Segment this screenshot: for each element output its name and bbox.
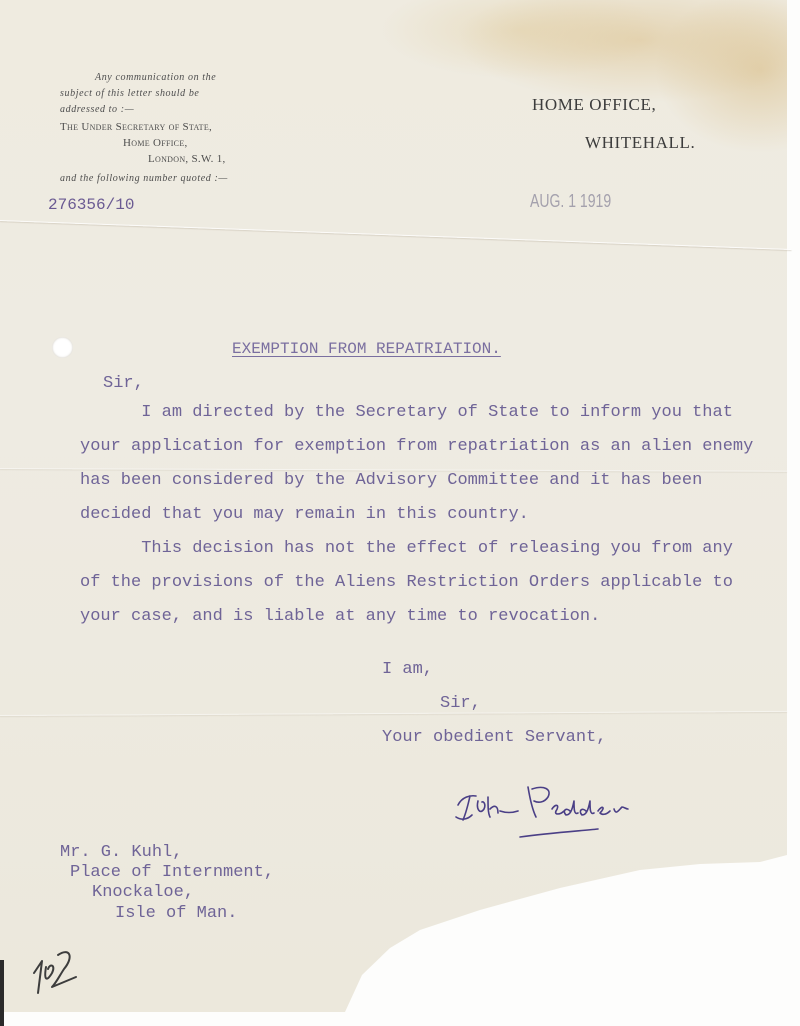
- letterhead-instruction-line: Any communication on the: [95, 72, 216, 83]
- recipient-address-line: Isle of Man.: [115, 904, 237, 923]
- handwritten-signature: [448, 775, 668, 845]
- pencil-annotation: 1920: [30, 943, 80, 998]
- body-line: This decision has not the effect of rele…: [80, 539, 733, 558]
- closing-line: I am,: [382, 660, 433, 679]
- letterhead-addressee-office: Home Office,: [123, 137, 188, 149]
- letter-subject: EXEMPTION FROM REPATRIATION.: [232, 340, 501, 358]
- date-stamp: AUG. 1 1919: [530, 191, 611, 212]
- recipient-name: Mr. G. Kuhl,: [60, 843, 182, 862]
- office-name: HOME OFFICE,: [532, 95, 656, 115]
- closing-line: Sir,: [440, 694, 481, 713]
- body-line: of the provisions of the Aliens Restrict…: [80, 573, 733, 592]
- letterhead-number-note: and the following number quoted :—: [60, 173, 228, 184]
- closing-line: Your obedient Servant,: [382, 728, 606, 747]
- letterhead-instruction-line: subject of this letter should be: [60, 88, 199, 99]
- body-line: your application for exemption from repa…: [80, 437, 753, 456]
- body-line: your case, and is liable at any time to …: [80, 607, 600, 626]
- scan-edge-shadow: [0, 960, 4, 1026]
- office-location: WHITEHALL.: [585, 133, 695, 153]
- recipient-address-line: Knockaloe,: [92, 883, 194, 902]
- body-line: decided that you may remain in this coun…: [80, 505, 529, 524]
- reference-number: 276356/10: [48, 196, 134, 214]
- letterhead-instruction-line: addressed to :—: [60, 104, 134, 115]
- body-line: I am directed by the Secretary of State …: [80, 403, 733, 422]
- body-line: has been considered by the Advisory Comm…: [80, 471, 702, 490]
- letterhead-addressee-city: London, S.W. 1,: [148, 153, 226, 165]
- salutation: Sir,: [103, 374, 144, 393]
- punch-hole: [52, 337, 73, 358]
- letterhead-addressee-title: The Under Secretary of State,: [60, 121, 212, 133]
- recipient-address-line: Place of Internment,: [70, 863, 274, 882]
